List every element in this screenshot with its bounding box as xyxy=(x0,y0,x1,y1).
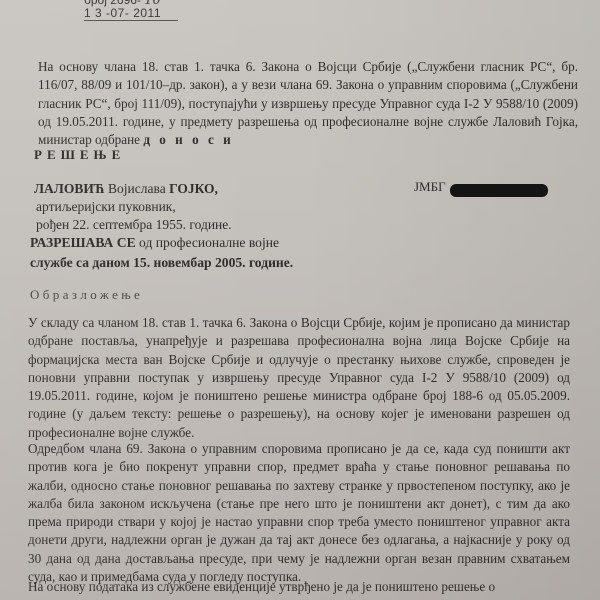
document-page: број 2696- 10 1 3 -07- 2011 На основу чл… xyxy=(0,0,600,600)
person-name: ЛАЛОВИЋ Војислава ГОЈКО, xyxy=(34,180,232,198)
decision-block: РАЗРЕШАВА СЕ од професионалне војне служ… xyxy=(30,233,330,273)
name-comma: , xyxy=(215,181,218,196)
person-given-name: ГОЈКО xyxy=(169,181,214,196)
donosi-word: д о н о с и xyxy=(143,132,233,147)
explanation-paragraph-2: Одредбом члана 69. Закона о управним спо… xyxy=(28,440,570,586)
registry-stamp: број 2696- 10 1 3 -07- 2011 xyxy=(84,0,178,21)
jmbg-redaction xyxy=(450,184,548,197)
person-birth: рођен 22. септембра 1955. године. xyxy=(34,216,232,234)
person-block: ЛАЛОВИЋ Војислава ГОЈКО, артиљеријски пу… xyxy=(34,180,232,234)
explanation-paragraph-1: У складу са чланом 18. став 1. тачка 6. … xyxy=(28,314,570,442)
explanation-paragraph-3: На основу података из службене евиденциј… xyxy=(28,578,570,596)
decision-text-2: службе са даном 15. новембар 2005. годин… xyxy=(30,255,293,270)
decision-heading: РЕШЕЊЕ xyxy=(34,147,125,163)
decision-lead: РАЗРЕШАВА СЕ xyxy=(30,235,136,250)
person-rank: артиљеријски пуковник, xyxy=(34,198,232,216)
jmbg-label: ЈМБГ xyxy=(414,179,446,195)
person-father: Војислава xyxy=(105,181,169,196)
decision-text-1: од професионалне војне xyxy=(136,235,279,250)
intro-paragraph: На основу члана 18. став 1. тачка 6. Зак… xyxy=(38,58,578,149)
explanation-heading: Образложење xyxy=(30,287,143,303)
stamp-date: 1 3 -07- 2011 xyxy=(84,7,178,20)
intro-text: На основу члана 18. став 1. тачка 6. Зак… xyxy=(38,59,578,147)
person-surname: ЛАЛОВИЋ xyxy=(34,181,105,196)
